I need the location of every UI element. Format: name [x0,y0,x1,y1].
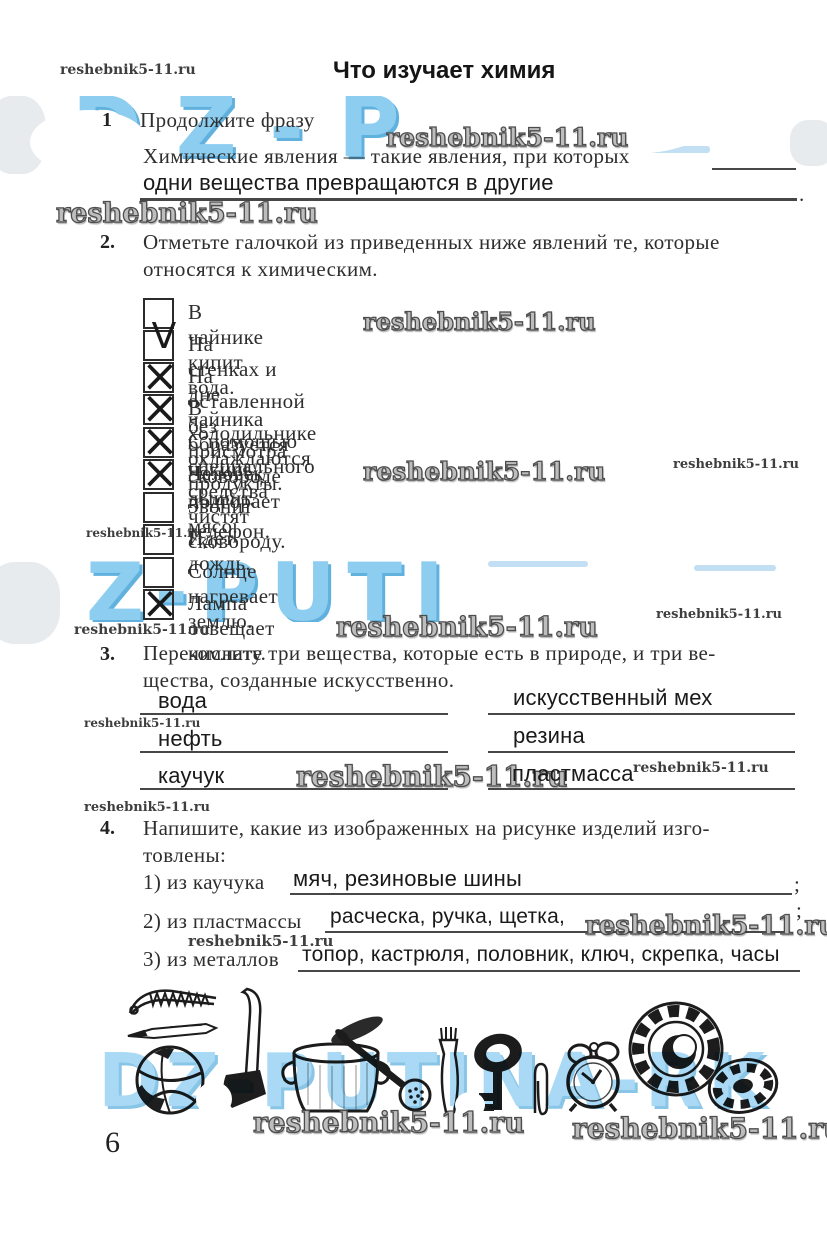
blue-watermark-dash [488,561,588,567]
task2-prompt-line1: Отметьте галочкой из приведенных ниже яв… [143,230,720,255]
task4-answer-3: топор, кастрюля, половник, ключ, скрепка… [302,943,780,967]
alarm-clock-drawing [568,1043,618,1111]
answer-blank-line [140,788,448,790]
site-watermark: reshebnik5-11.ru [673,457,799,472]
answer-blank-line [712,168,796,170]
task3-artificial-2: резина [513,723,585,749]
ball-drawing [137,1047,203,1113]
task4-suffix-1: ; [794,872,800,897]
task1-prompt: Продолжите фразу [140,108,315,133]
task4-prompt-line2: товлены: [143,843,226,868]
task1-answer: одни вещества превращаются в другие [143,170,554,196]
tires-drawing [630,1003,782,1119]
site-watermark: reshebnik5-11.ru [60,62,196,78]
task1-number: 1 [102,109,112,132]
answer-blank-line [488,751,795,753]
task4-label-3: 3) из металлов [143,947,279,972]
checkbox[interactable]: × [143,589,174,620]
answer-blank-line [140,751,448,753]
checkbox[interactable] [143,492,174,523]
task3-prompt-line1: Перечислите три вещества, которые есть в… [143,641,716,666]
pen-drawing [128,1024,216,1038]
scan-whiteout [50,1056,102,1096]
site-watermark: reshebnik5-11.ru [585,911,827,941]
task1-period: . [799,182,805,207]
site-watermark: reshebnik5-11.ru [633,760,769,776]
checkbox[interactable]: × [143,459,174,490]
site-watermark: reshebnik5-11.ru [363,307,596,336]
task3-artificial-1: искусственный мех [513,685,712,711]
answer-blank-line [140,713,448,715]
task4-suffix-2: ; [796,898,802,923]
task3-number: 3. [100,643,115,666]
paperclip-drawing [535,1064,547,1114]
task3-natural-3: каучук [158,763,224,789]
scan-artifact [790,120,827,166]
comb-drawing [130,991,216,1014]
task3-artificial-3: пластмасса [512,761,634,787]
task3-natural-2: нефть [158,726,223,752]
answer-blank-line [488,713,795,715]
site-watermark: reshebnik5-11.ru [74,622,210,638]
task4-prompt-line1: Напишите, какие из изображенных на рисун… [143,816,710,841]
checkbox-mark: × [141,580,179,625]
site-watermark: reshebnik5-11.ru [656,607,782,622]
answer-blank-line [488,788,795,790]
task4-label-1: 1) из каучука [143,870,265,895]
task4-answer-2: расческа, ручка, щетка, [330,905,565,929]
site-watermark: reshebnik5-11.ru [363,457,605,486]
site-watermark: reshebnik5-11.ru [56,198,318,229]
scan-artifact [0,562,60,644]
site-watermark: reshebnik5-11.ru [84,800,210,815]
task2-prompt-line2: относятся к химическим. [143,257,378,282]
task2-number: 2. [100,231,115,254]
page-title: Что изучает химия [333,57,555,85]
task4-label-2: 2) из пластмассы [143,909,302,934]
checkbox[interactable] [143,524,174,555]
workbook-page: DZ-P Z-PUTI reshebnik5-11.ru Что изучает… [0,0,827,1259]
answer-blank-line [290,893,792,895]
task3-natural-1: вода [158,688,207,714]
site-watermark: reshebnik5-11.ru [253,1106,524,1139]
page-number: 6 [105,1126,120,1160]
scan-whiteout [30,110,148,174]
task1-printed-line: Химические явления — такие явления, при … [143,144,630,169]
checkbox-mark: × [141,450,179,495]
blue-watermark-dash [694,565,776,571]
task4-number: 4. [100,817,115,840]
task4-answer-1: мяч, резиновые шины [293,866,522,892]
answer-blank-line [298,970,800,972]
site-watermark: reshebnik5-11.ru [336,612,598,643]
scan-whiteout [196,1082,232,1116]
site-watermark: reshebnik5-11.ru [572,1112,827,1145]
